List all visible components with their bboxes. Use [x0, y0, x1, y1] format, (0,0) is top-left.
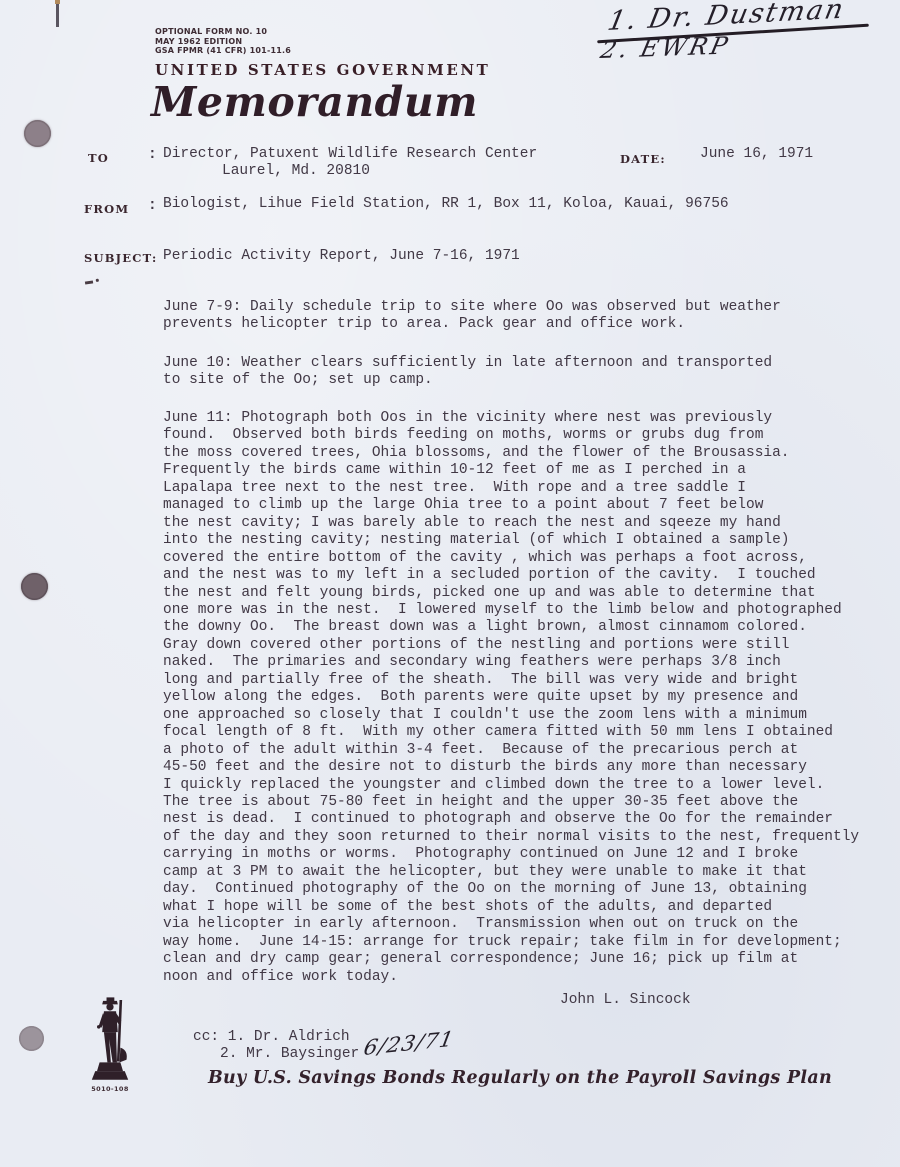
us-government-heading: UNITED STATES GOVERNMENT — [155, 61, 490, 79]
savings-bonds-slogan: Buy U.S. Savings Bonds Regularly on the … — [160, 1068, 880, 1088]
from-value: Biologist, Lihue Field Station, RR 1, Bo… — [163, 196, 729, 212]
date-label: DATE: — [620, 152, 666, 166]
from-label: FROM — [84, 202, 129, 216]
form-edition-line: MAY 1962 EDITION — [155, 37, 291, 47]
signature-name: John L. Sincock — [560, 992, 691, 1008]
pen-mark — [56, 0, 59, 27]
logo-form-number: 5010-108 — [78, 1085, 142, 1093]
date-value: June 16, 1971 — [700, 146, 813, 162]
cc-line-2: 2. Mr. Baysinger — [220, 1046, 359, 1062]
body-paragraph-june10: June 10: Weather clears sufficiently in … — [163, 355, 772, 390]
body-paragraph-june11-16: June 11: Photograph both Oos in the vici… — [163, 410, 859, 986]
handwritten-date: 6/23/71 — [362, 1027, 456, 1060]
to-label: TO — [88, 151, 109, 165]
hole-punch-top — [24, 120, 51, 147]
minuteman-statue-icon — [84, 994, 136, 1084]
memo-page: OPTIONAL FORM NO. 10 MAY 1962 EDITION GS… — [0, 0, 900, 1167]
handwritten-routing-2: 2. EWRP — [598, 32, 733, 64]
to-value-line1: Director, Patuxent Wildlife Research Cen… — [163, 146, 537, 162]
form-gsa-line: GSA FPMR (41 CFR) 101-11.6 — [155, 46, 291, 56]
hole-punch-bottom — [19, 1026, 44, 1051]
form-info: OPTIONAL FORM NO. 10 MAY 1962 EDITION GS… — [155, 27, 291, 56]
subject-value: Periodic Activity Report, June 7-16, 197… — [163, 248, 520, 264]
subject-label: SUBJECT: — [84, 251, 157, 265]
to-colon: : — [148, 147, 157, 163]
cc-line-1: cc: 1. Dr. Aldrich — [193, 1029, 350, 1045]
from-colon: : — [148, 198, 157, 214]
hole-punch-middle — [21, 573, 48, 600]
stray-mark — [85, 280, 93, 284]
form-number-line: OPTIONAL FORM NO. 10 — [155, 27, 291, 37]
to-value-line2: Laurel, Md. 20810 — [222, 163, 370, 179]
memorandum-title: Memorandum — [151, 78, 478, 126]
body-paragraph-june7-9: June 7-9: Daily schedule trip to site wh… — [163, 299, 781, 334]
